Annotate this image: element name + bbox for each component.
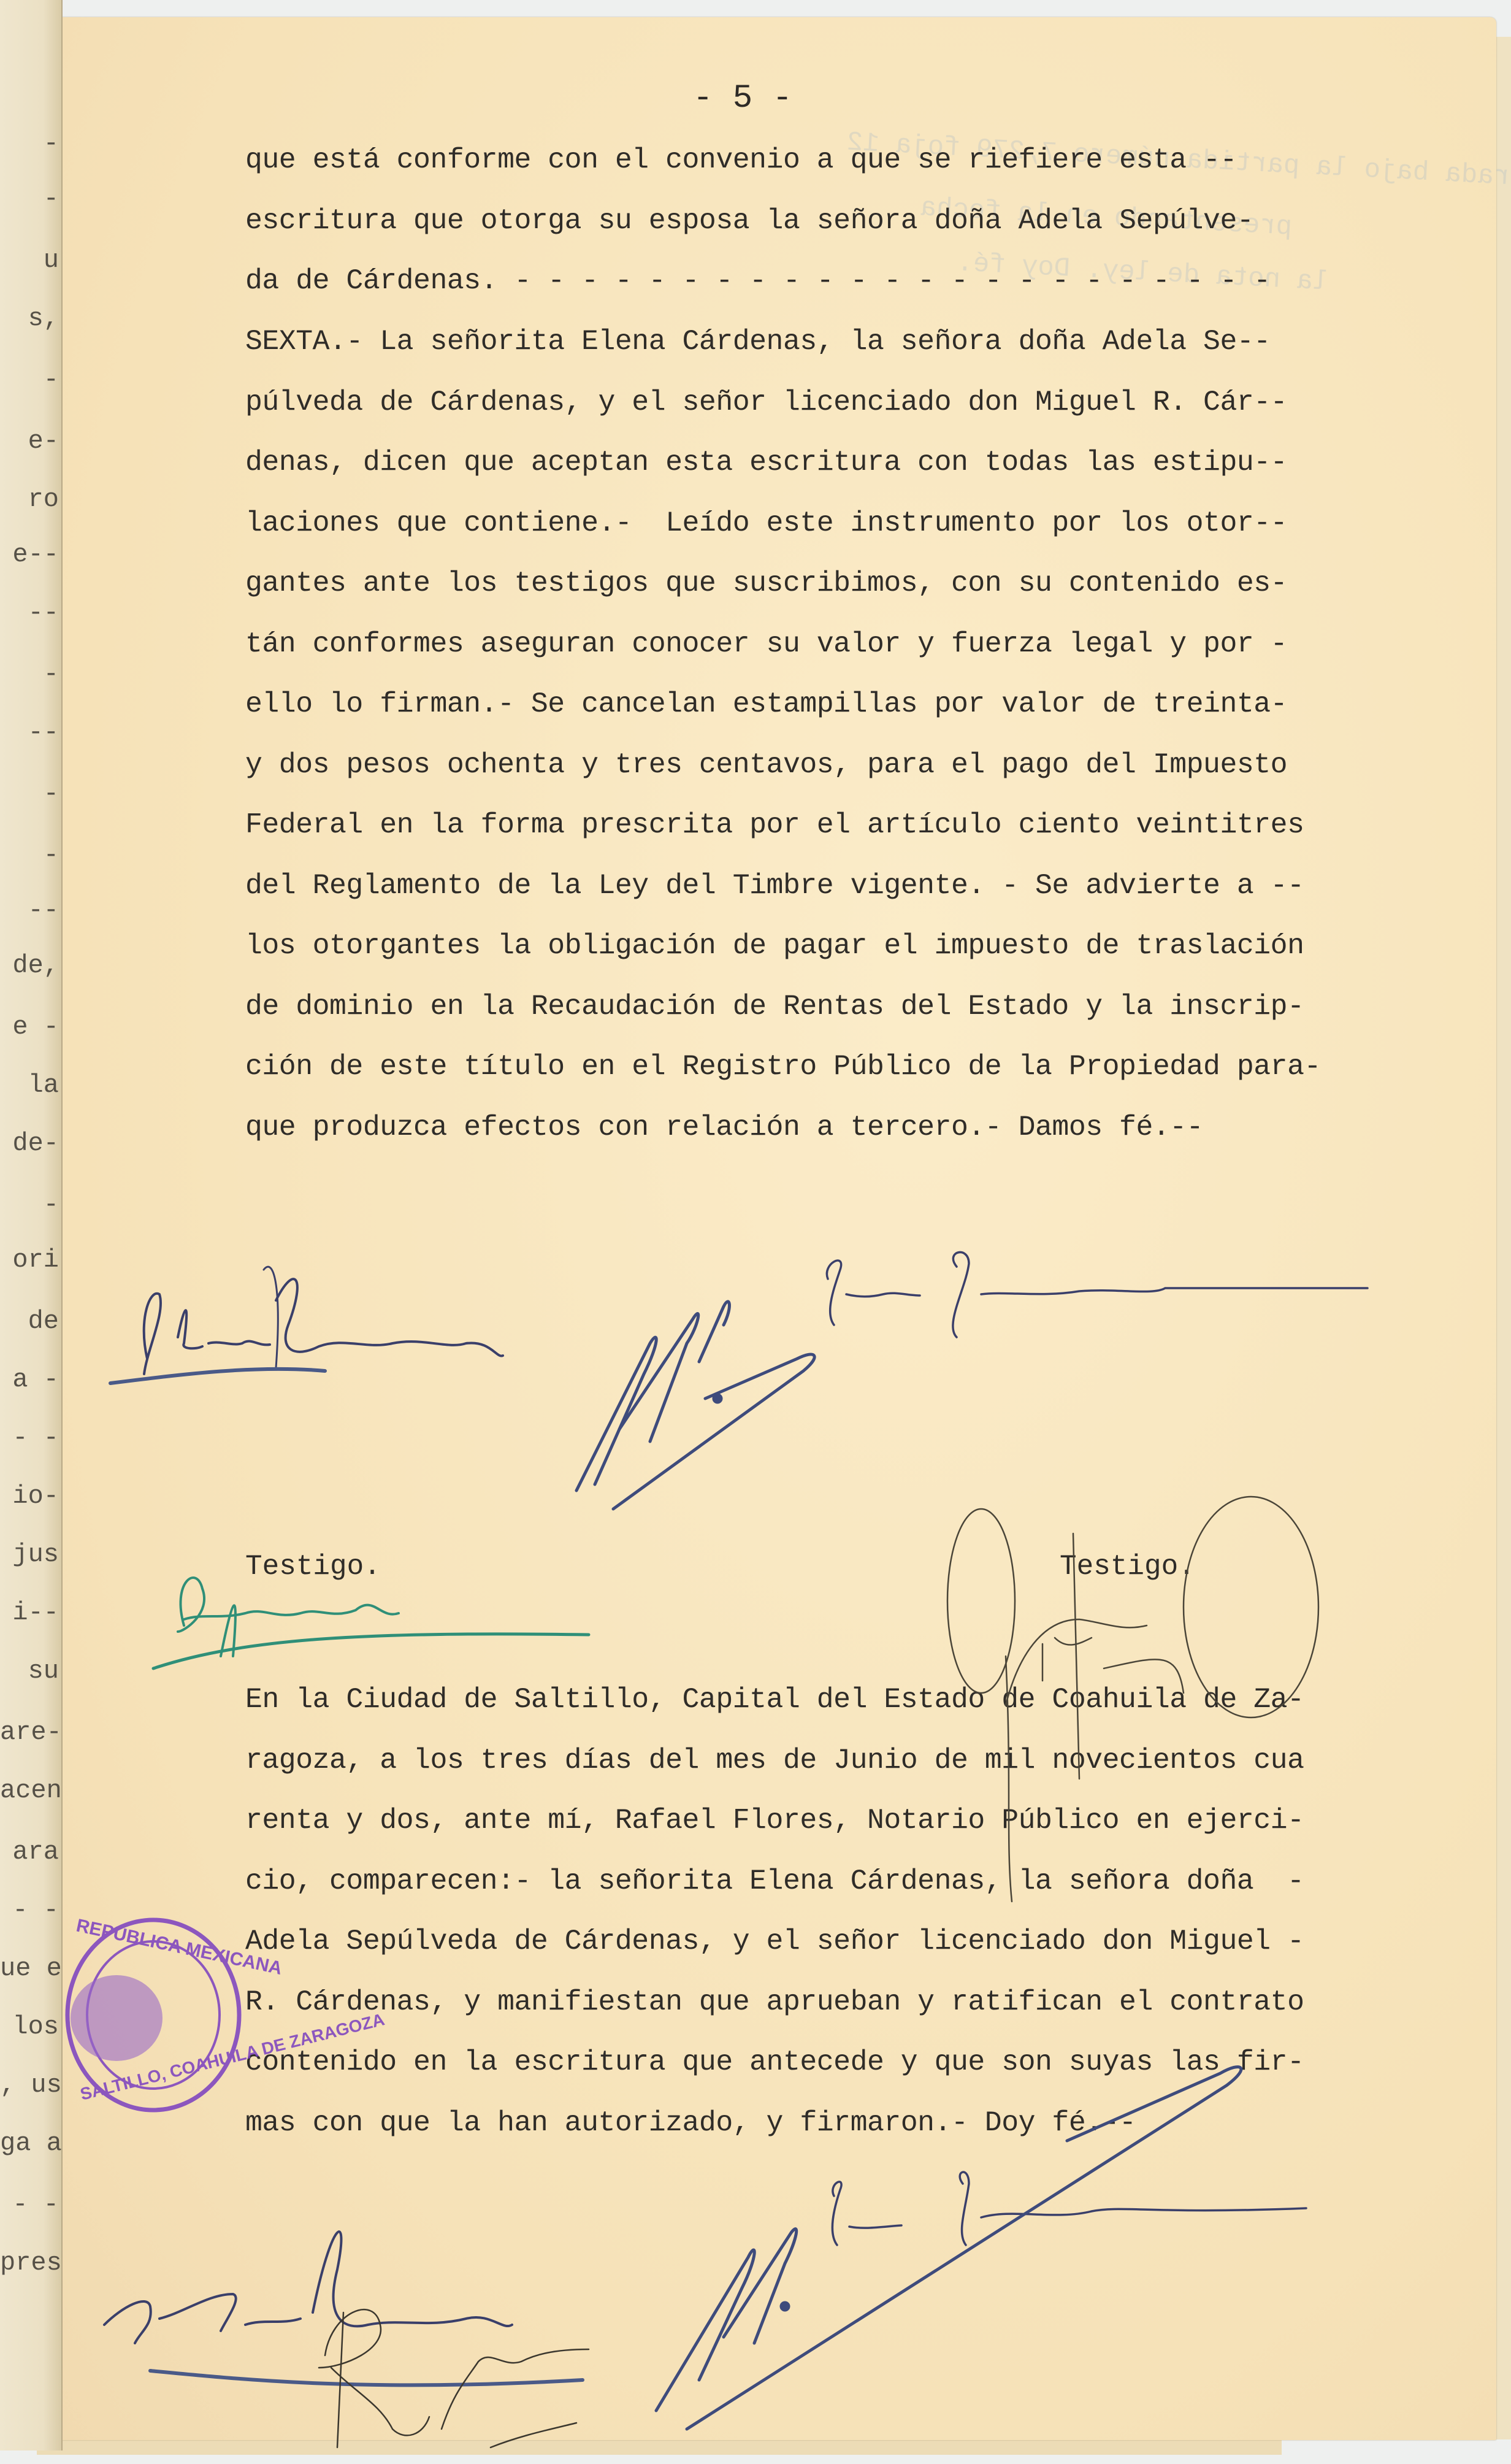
signatures-layer: REPUBLICA MEXICANA SALTILLO, COAHUILA DE… bbox=[0, 0, 1511, 2464]
signature-elena-2 bbox=[832, 2172, 1306, 2245]
signature-witness-galvan bbox=[153, 1578, 589, 1668]
signature-notary-rafael-flores bbox=[319, 2309, 589, 2447]
signature-witness-ramirez bbox=[947, 1497, 1318, 1902]
signature-miguel-2 bbox=[656, 2067, 1241, 2429]
signature-adela-1 bbox=[110, 1267, 503, 1383]
notary-seal-stamp: REPUBLICA MEXICANA SALTILLO, COAHUILA DE… bbox=[67, 1916, 386, 2110]
signature-elena-1 bbox=[827, 1252, 1368, 1337]
signature-miguel-1 bbox=[576, 1302, 814, 1509]
